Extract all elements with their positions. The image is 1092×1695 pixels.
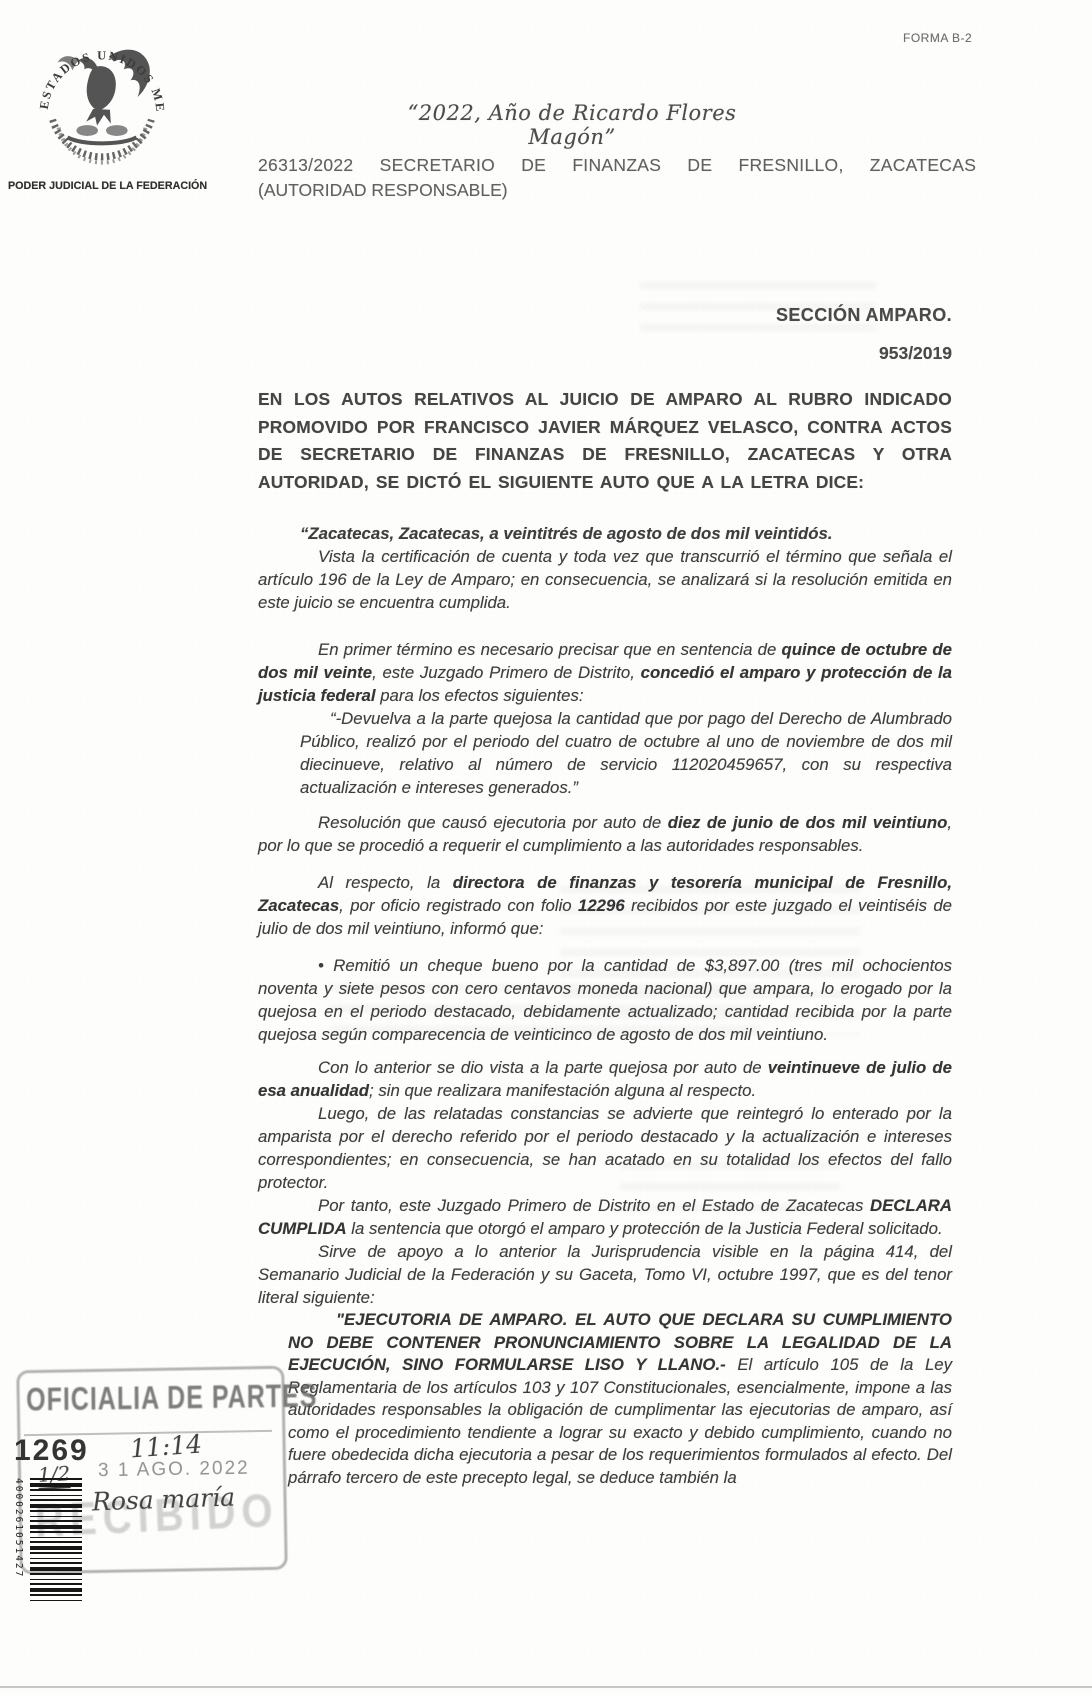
emblem-caption: PODER JUDICIAL DE LA FEDERACIÓN	[8, 180, 198, 192]
stamp-time-handwritten: 11:14	[129, 1430, 203, 1464]
paragraph-luego: Luego, de las relatadas constancias se a…	[258, 1102, 952, 1194]
paragraph-cheque: • Remitió un cheque bueno por la cantida…	[258, 954, 952, 1046]
section-label: SECCIÓN AMPARO.	[258, 305, 952, 326]
paragraph-vista-quejosa: Con lo anterior se dio vista a la parte …	[258, 1056, 952, 1102]
text-run: El artículo 105 de la Ley Reglamentaria …	[288, 1355, 952, 1487]
paragraph-oficio: Al respecto, la directora de finanzas y …	[258, 871, 952, 940]
form-label: FORMA B-2	[903, 31, 972, 45]
text-run: diez de junio de dos mil veintiuno	[668, 813, 948, 832]
paragraph-efectos: “-Devuelva a la parte quejosa la cantida…	[300, 707, 952, 799]
stamp-signature-handwritten: Rosa maría	[92, 1483, 236, 1517]
document-body: EN LOS AUTOS RELATIVOS AL JUICIO DE AMPA…	[258, 386, 952, 1489]
text-run: En primer término es necesario precisar …	[318, 640, 782, 659]
paragraph-sentencia: En primer término es necesario precisar …	[258, 638, 952, 707]
text-run: , este Juzgado Primero de Distrito,	[372, 663, 641, 682]
paragraph-tesis: "EJECUTORIA DE AMPARO. EL AUTO QUE DECLA…	[288, 1309, 952, 1489]
paragraph-ejecutoria: Resolución que causó ejecutoria por auto…	[258, 811, 952, 857]
text-run: la sentencia que otorgó el amparo y prot…	[347, 1219, 943, 1238]
year-legend: “2022, Año de Ricardo Flores Magón”	[372, 101, 772, 149]
scan-edge-line	[0, 1686, 1092, 1688]
case-reference-line2: (AUTORIDAD RESPONSABLE)	[258, 178, 958, 203]
text-run: para los efectos siguientes:	[376, 686, 584, 705]
case-number: 953/2019	[258, 343, 952, 364]
text-run: 12296	[578, 896, 625, 915]
eagle-figure	[58, 50, 150, 144]
paragraph-fecha: “Zacatecas, Zacatecas, a veintitrés de a…	[258, 522, 952, 545]
national-emblem-icon: ESTADOS UNIDOS MEXICANOS	[28, 14, 176, 176]
paragraph-apoyo: Sirve de apoyo a lo anterior la Jurispru…	[258, 1240, 952, 1309]
stamp-date: 3 1 AGO. 2022	[98, 1458, 250, 1483]
paragraph-intro: EN LOS AUTOS RELATIVOS AL JUICIO DE AMPA…	[258, 386, 952, 496]
scanned-court-document-page: FORMA B-2 ESTADOS UNIDOS MEXICANOS PODER…	[0, 0, 1092, 1695]
text-run: Al respecto, la	[318, 873, 453, 892]
paragraph-vista: Vista la certificación de cuenta y toda …	[258, 545, 952, 614]
text-run: Por tanto, este Juzgado Primero de Distr…	[318, 1196, 870, 1215]
paragraph-por-tanto: Por tanto, este Juzgado Primero de Distr…	[258, 1194, 952, 1240]
case-reference-line1: 26313/2022 SECRETARIO DE FINANZAS DE FRE…	[258, 153, 958, 178]
oficialia-stamp-text: OFICIALIA DE PARTES	[26, 1378, 318, 1420]
text-run: Con lo anterior se dio vista a la parte …	[318, 1058, 768, 1077]
text-run: Resolución que causó ejecutoria por auto…	[318, 813, 668, 832]
text-run: , por oficio registrado con folio	[339, 896, 578, 915]
text-run: Remitió un cheque bueno por la cantidad …	[258, 956, 952, 1044]
barcode-number: 4000261051427	[13, 1478, 24, 1608]
case-reference: 26313/2022 SECRETARIO DE FINANZAS DE FRE…	[258, 153, 958, 202]
text-run: ; sin que realizara manifestación alguna…	[369, 1081, 756, 1100]
barcode	[30, 1478, 82, 1604]
